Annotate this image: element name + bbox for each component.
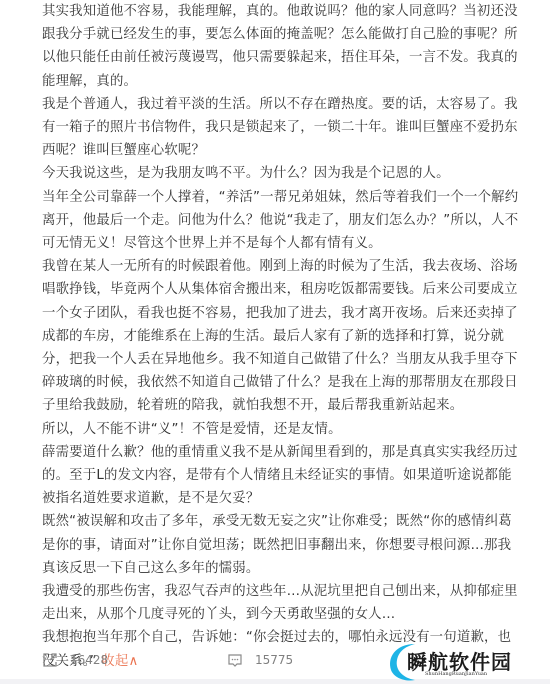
paragraph: 其实我知道他不容易，我能理解，真的。他敢说吗？他的家人同意吗？当初还没跟我分手就… — [42, 0, 520, 93]
repost-count: 16428 — [70, 653, 108, 667]
paragraph: 我遭受的那些伤害，我忍气吞声的这些年…从泥坑里把自己刨出来，从抑郁症里走出来，从… — [42, 580, 520, 626]
paragraph: 既然“被误解和攻击了多年，承受无数无妄之灾”让你难受；既然“你的感情纠葛是你的事… — [42, 510, 520, 580]
watermark-logo: 瞬航软件园 ShunHangRuanJianYuan — [385, 640, 535, 684]
paragraph: 薛需要道什么歉？他的重情重义我不是从新闻里看到的，那是真真实实我经历过的。至于L… — [42, 441, 520, 511]
comment-count: 15775 — [255, 653, 293, 667]
paragraph: 我是个普通人，我过着平淡的生活。所以不存在蹭热度。要的话，太容易了。我有一箱子的… — [42, 93, 520, 163]
repost-button[interactable]: 16428 — [42, 652, 108, 668]
comment-button[interactable]: 15775 — [227, 652, 293, 668]
share-icon — [42, 652, 58, 668]
post-body: 其实我知道他不容易，我能理解，真的。他敢说吗？他的家人同意吗？当初还没跟我分手就… — [42, 0, 520, 673]
paragraph: 今天我说这些，是为我朋友鸣不平。为什么？因为我是个记恩的人。 — [42, 162, 520, 185]
paragraph: 当年全公司靠薛一个人撑着，“养活”一帮兄弟姐妹，然后等着我们一个一个解约离开，他… — [42, 186, 520, 256]
watermark-subtitle: ShunHangRuanJianYuan — [425, 671, 487, 677]
comment-icon — [227, 652, 243, 668]
paragraph: 我曾在某人一无所有的时候跟着他。刚到上海的时候为了生活，我去夜场、浴场唱歌挣钱，… — [42, 255, 520, 417]
paragraph: 所以，人不能不讲“义”！不管是爱情，还是友情。 — [42, 418, 520, 441]
